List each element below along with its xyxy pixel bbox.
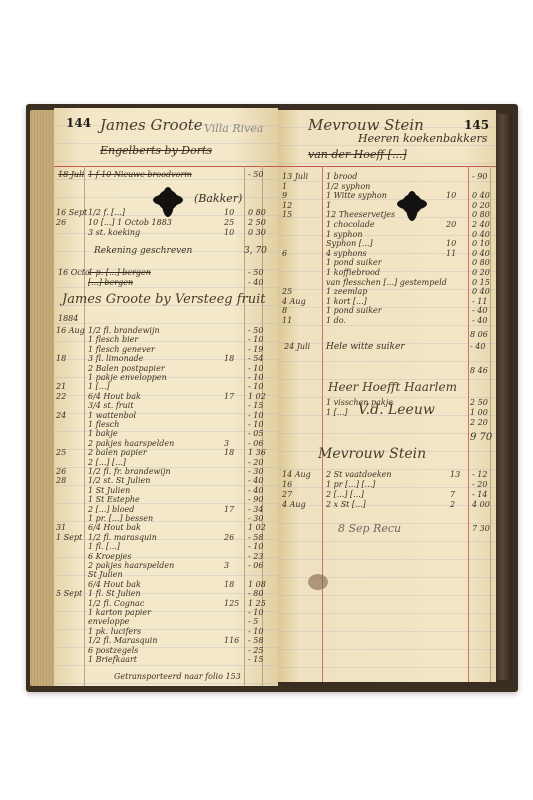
entry-amount: - 05: [248, 429, 263, 438]
entry-amount: - 10: [248, 335, 263, 344]
ledger-book: 144 James Groote Villa Rivea Engelberts …: [26, 100, 518, 692]
subtotal: 8 06: [470, 330, 488, 339]
entry-date: 26: [56, 467, 66, 476]
entry-amount: 0 20: [472, 268, 490, 277]
entry-date: 5 Sept: [56, 589, 82, 598]
entry-amount: 1 08: [248, 580, 266, 589]
entry-text: 1 pr. [...] bessen: [88, 514, 153, 523]
entry-text: 1/2 syphon: [326, 182, 370, 191]
entry-amount: 1 02: [248, 392, 266, 401]
entry-text: 1 flesch bier: [88, 335, 138, 344]
entry-text: 1 Briefkaart: [88, 655, 137, 664]
entry-text: 2 pakjes haarspelden: [88, 439, 174, 448]
burn-hole: [402, 194, 422, 214]
entry-text: 1 pk. lucifers: [88, 627, 141, 636]
entry-amount: - 15: [248, 655, 263, 664]
entry-text: 3/4 st. fruit: [88, 401, 134, 410]
entry-text: St Julien: [88, 570, 123, 579]
struck-subtitle: Engelberts by Dorts: [100, 144, 212, 157]
entry-qty: 18: [224, 448, 234, 457]
entry-text: 6 Kroepjes: [88, 552, 131, 561]
entry-amount: 0 40: [472, 249, 490, 258]
entry-text: 1/2 fl. marasquin: [88, 533, 157, 542]
entry-amount: - 90: [472, 172, 487, 181]
entry-text: 1 brood: [326, 172, 357, 181]
entry-amount: 0 15: [472, 278, 490, 287]
entry-qty: 10: [446, 191, 456, 200]
entry-text: 2 [...] bloed: [88, 505, 134, 514]
entry-amount: - 10: [248, 411, 263, 420]
signature: V.d. Leeuw: [358, 402, 435, 418]
entry-text: 2 pakjes haarspelden: [88, 561, 174, 570]
entry-text: 1 St Julien: [88, 486, 130, 495]
entry-text: 6/4 Hout bak: [88, 580, 141, 589]
entry-text: 1 flesch genever: [88, 345, 155, 354]
entry-amount: 0 10: [472, 239, 490, 248]
entry-text: enveloppe: [88, 617, 130, 626]
section2-title: James Groote by Versteeg fruit: [62, 292, 266, 307]
entry-date: 12: [282, 201, 292, 210]
entry-date: 18: [56, 354, 66, 363]
entry-amount: - 40: [472, 306, 487, 315]
entry-amount: - 30: [248, 467, 263, 476]
entry-date: 22: [56, 392, 66, 401]
section3-title: Mevrouw Stein: [318, 446, 426, 462]
entry-text: 1/2 st. St Julien: [88, 476, 150, 485]
entry-qty: 18: [224, 354, 234, 363]
entry-date: 28: [56, 476, 66, 485]
entry-amount: - 10: [248, 382, 263, 391]
entry-text: 1/2 fl. Marasquin: [88, 636, 157, 645]
section3-total: 7 30: [472, 524, 490, 533]
entry-amount: - 10: [248, 542, 263, 551]
entry-amount: - 50: [248, 326, 263, 335]
entry-text: 1 Witte syphon: [326, 191, 387, 200]
total-line: Rekening geschreven: [94, 246, 192, 256]
entry-text: 1 wattenbol: [88, 411, 136, 420]
entry-text: 1 karton papier: [88, 608, 151, 617]
entry-date: 25: [56, 448, 66, 457]
entry-text: 1 pakje enveloppen: [88, 373, 167, 382]
entry-text: 1 kort [...]: [326, 297, 367, 306]
entry-text: 1 bakje: [88, 429, 118, 438]
entry-amount: - 5: [248, 617, 258, 626]
entry-text: 1 St Estephe: [88, 495, 140, 504]
cover-spine-right: [496, 114, 512, 680]
entry-text: 2 balen papier: [88, 448, 147, 457]
entry-amount: - 34: [248, 505, 263, 514]
entry-text: 2 Balen postpapier: [88, 364, 165, 373]
entry-amount: - 30: [248, 514, 263, 523]
entry-date: 13 Juli: [282, 172, 308, 181]
header-rule: [278, 166, 496, 167]
entry-qty: 20: [446, 220, 456, 229]
entry-text: 1 [...]: [88, 382, 110, 391]
entry-text: 1 zeemlap: [326, 287, 367, 296]
entry-text: 1/2 fl. brandewijn: [88, 326, 160, 335]
entry-qty: 3: [224, 561, 229, 570]
entry-date: 15: [282, 210, 292, 219]
page-number: 144: [66, 116, 91, 130]
entry-text: 1 syphon: [326, 230, 363, 239]
entry-amount: 1 36: [248, 448, 266, 457]
account-title-note: Heeren koekenbakkers: [358, 132, 487, 145]
ink-stain: [308, 574, 328, 590]
section2-title: Heer Hoefft Haarlem: [328, 380, 457, 394]
entry-text: 6/4 Hout bak: [88, 523, 141, 532]
entry-date: 4 Aug: [282, 297, 306, 306]
entry-qty: 11: [446, 249, 456, 258]
entry-date: 25: [282, 287, 292, 296]
entry-amount: - 40: [472, 316, 487, 325]
section3-footer: 8 Sep Recu: [338, 522, 401, 535]
entry-qty: 26: [224, 533, 234, 542]
entry-date: 9: [282, 191, 287, 200]
entry-text: Syphon [...]: [326, 239, 373, 248]
right-page: 145 Mevrouw Stein Heeren koekenbakkers v…: [278, 110, 496, 682]
section2-total: 9 70: [470, 432, 492, 443]
entry-qty: 3: [224, 439, 229, 448]
entry-amount: - 19: [248, 345, 263, 354]
entry-amount: - 54: [248, 354, 263, 363]
entry-amount: - 06: [248, 439, 263, 448]
account-title: James Groote: [100, 116, 203, 134]
entry-text: 2 [...] [...]: [88, 458, 126, 467]
entry-text: 3 fl. limonade: [88, 354, 143, 363]
struck-subtitle: van der Hoeff [...]: [308, 148, 407, 161]
footer-line: Getransporteerd naar folio 153: [114, 672, 241, 681]
entry-amount: 0 80: [472, 258, 490, 267]
entry-amount: 0 40: [472, 287, 490, 296]
entry-text: 4 syphons: [326, 249, 367, 258]
section-label: (Bakker): [194, 192, 242, 205]
entry-amount: - 10: [248, 373, 263, 382]
entry-text: 1/2 fl. fr. brandewijn: [88, 467, 171, 476]
entry-amount: 1 25: [248, 599, 266, 608]
entry-date: 1: [282, 182, 287, 191]
burn-hole: [158, 190, 178, 210]
total: 8 46: [470, 366, 488, 375]
entry-text: 1 fl. [...]: [88, 542, 120, 551]
entry-amount: 0 40: [472, 191, 490, 200]
entry-qty: 125: [224, 599, 239, 608]
entry-amount: 0 20: [472, 201, 490, 210]
entry-qty: 18: [224, 580, 234, 589]
entry-amount: - 15: [248, 401, 263, 410]
page-number: 145: [464, 118, 489, 132]
entry-date: 8: [282, 306, 287, 315]
entry-text: 1 pond suiker: [326, 306, 382, 315]
entry-text: 1: [326, 201, 331, 210]
entry-amount: - 23: [248, 552, 263, 561]
entry-text: 1/2 fl. Cognac: [88, 599, 144, 608]
entry-date: 6: [282, 249, 287, 258]
entry-text: van flesschen [...] gestempeld: [326, 278, 447, 287]
entry-amount: - 80: [248, 589, 263, 598]
entry-amount: - 10: [248, 420, 263, 429]
entry-text: 1 chocolade: [326, 220, 375, 229]
entry-amount: - 90: [248, 495, 263, 504]
entry-amount: - 20: [248, 458, 263, 467]
entry-text: 12 Theeservetjes: [326, 210, 395, 219]
entry-text: 1 flesch: [88, 420, 119, 429]
entry-qty: 116: [224, 636, 239, 645]
section2-year: 1884: [58, 314, 78, 323]
entry-date: 1 Sept: [56, 533, 82, 542]
entry-amount: - 25: [248, 646, 263, 655]
entry-text: 1 koffiebrood: [326, 268, 380, 277]
entry-amount: - 10: [248, 627, 263, 636]
entry-text: 6/4 Hout bak: [88, 392, 141, 401]
entry-qty: 10: [446, 239, 456, 248]
entry-text: 1 do.: [326, 316, 346, 325]
entry-amount: 0 80: [472, 210, 490, 219]
entry-date: 16 Aug: [56, 326, 85, 335]
entry-text: 6 postzegels: [88, 646, 138, 655]
entry-date: 11: [282, 316, 292, 325]
entry-amount: 2 40: [472, 220, 490, 229]
entry-text: 1 fl. St Julien: [88, 589, 141, 598]
entry-amount: 0 40: [472, 230, 490, 239]
entry-amount: - 10: [248, 364, 263, 373]
entry-text: 1 pond suiker: [326, 258, 382, 267]
entry-amount: - 06: [248, 561, 263, 570]
entry-amount: - 10: [248, 608, 263, 617]
account-title-note: Villa Rivea: [204, 122, 263, 135]
entry-amount: - 58: [248, 636, 263, 645]
entry-qty: 17: [224, 392, 234, 401]
entry-qty: 17: [224, 505, 234, 514]
entry-amount: - 11: [472, 297, 487, 306]
left-page: 144 James Groote Villa Rivea Engelberts …: [54, 108, 278, 686]
entry-amount: - 40: [248, 476, 263, 485]
entry-date: 21: [56, 382, 66, 391]
entry-amount: - 40: [248, 486, 263, 495]
entry-amount: - 58: [248, 533, 263, 542]
entry-amount: 1 02: [248, 523, 266, 532]
entry-date: 24: [56, 411, 66, 420]
entry-date: 31: [56, 523, 66, 532]
